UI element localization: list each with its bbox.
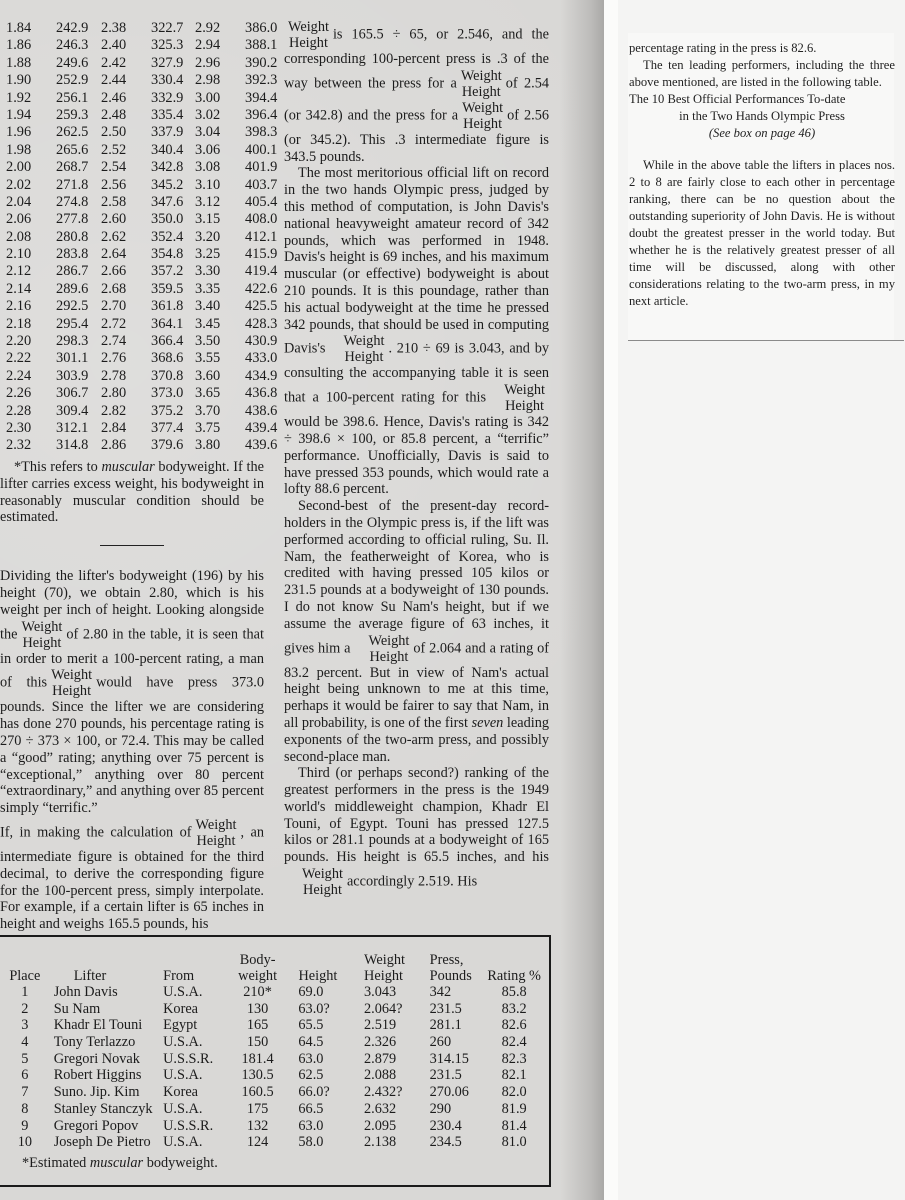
header-weight-height: WeightHeight <box>364 952 430 984</box>
weight-height-ratio: 1.84 <box>6 20 56 37</box>
weight-height-ratio: 2.92 <box>195 20 245 37</box>
cell-press: 234.5 <box>430 1134 484 1151</box>
weight-height-ratio: 3.80 <box>195 437 245 454</box>
cell-place: 4 <box>0 1034 50 1051</box>
weight-height-ratio: 2.46 <box>101 90 151 107</box>
hundred-percent-press: 434.9 <box>245 368 289 385</box>
cell-height: 66.0? <box>286 1084 364 1101</box>
weight-height-ratio: 2.96 <box>195 55 245 72</box>
hundred-percent-press: 364.1 <box>151 316 195 333</box>
hundred-percent-press: 295.4 <box>56 316 100 333</box>
cell-press: 230.4 <box>430 1118 484 1135</box>
lookup-row: 2.02271.82.56345.23.10403.7 <box>6 177 296 194</box>
lookup-row: 2.14289.62.68359.53.35422.6 <box>6 281 296 298</box>
cell-height: 58.0 <box>286 1134 364 1151</box>
cell-bodyweight: 130 <box>229 1001 287 1018</box>
cell-place: 9 <box>0 1118 50 1135</box>
weight-height-fraction: WeightHeight <box>196 817 237 849</box>
weight-height-ratio: 2.68 <box>101 281 151 298</box>
cell-bodyweight: 150 <box>229 1034 287 1051</box>
cell-bodyweight: 132 <box>229 1118 287 1135</box>
hundred-percent-press: 340.4 <box>151 142 195 159</box>
hundred-percent-press: 345.2 <box>151 177 195 194</box>
weight-height-ratio: 2.86 <box>101 437 151 454</box>
hundred-percent-press: 259.3 <box>56 107 100 124</box>
cell-height: 69.0 <box>286 984 364 1001</box>
hundred-percent-press: 359.5 <box>151 281 195 298</box>
weight-height-ratio: 2.12 <box>6 263 56 280</box>
cell-from: U.S.A. <box>163 1101 229 1118</box>
left-paragraph-1: Dividing the lifter's bodyweight (196) b… <box>0 568 264 817</box>
weight-height-ratio: 2.30 <box>6 420 56 437</box>
lookup-row: 1.86246.32.40325.32.94388.1 <box>6 37 296 54</box>
cell-height: 64.5 <box>286 1034 364 1051</box>
page-gutter <box>604 0 618 1200</box>
leaders-table-footnote: *Estimated muscular bodyweight. <box>0 1155 545 1172</box>
weight-height-fraction: WeightHeight <box>462 100 503 132</box>
weight-height-ratio: 3.25 <box>195 246 245 263</box>
left-paragraph-2: If, in making the calculation ofWeightHe… <box>0 817 264 933</box>
lookup-row: 2.26306.72.80373.03.65436.8 <box>6 385 296 402</box>
table-row: 9Gregori PopovU.S.S.R.13263.02.095230.48… <box>0 1118 545 1135</box>
cell-wh: 2.632 <box>364 1101 430 1118</box>
weight-height-ratio: 2.08 <box>6 229 56 246</box>
hundred-percent-press: 357.2 <box>151 263 195 280</box>
hundred-percent-press: 327.9 <box>151 55 195 72</box>
weight-height-ratio: 1.92 <box>6 90 56 107</box>
cell-bodyweight: 130.5 <box>229 1067 287 1084</box>
table-row: 2Su NamKorea13063.0?2.064?231.583.2 <box>0 1001 545 1018</box>
weight-height-ratio: 2.06 <box>6 211 56 228</box>
lookup-row: 2.08280.82.62352.43.20412.1 <box>6 229 296 246</box>
hundred-percent-press: 368.6 <box>151 350 195 367</box>
header-lifter: Lifter <box>50 968 163 984</box>
cell-wh: 2.326 <box>364 1034 430 1051</box>
cell-height: 62.5 <box>286 1067 364 1084</box>
weight-height-ratio: 1.94 <box>6 107 56 124</box>
cell-place: 7 <box>0 1084 50 1101</box>
weight-height-ratio: 2.04 <box>6 194 56 211</box>
cell-lifter: Suno. Jip. Kim <box>50 1084 163 1101</box>
hundred-percent-press: 375.2 <box>151 403 195 420</box>
header-height: Height <box>286 968 364 984</box>
weight-height-ratio: 2.78 <box>101 368 151 385</box>
cell-press: 290 <box>430 1101 484 1118</box>
hundred-percent-press: 350.0 <box>151 211 195 228</box>
hundred-percent-press: 286.7 <box>56 263 100 280</box>
hundred-percent-press: 314.8 <box>56 437 100 454</box>
cell-place: 1 <box>0 984 50 1001</box>
cell-rating: 81.4 <box>483 1118 545 1135</box>
weight-height-ratio: 2.56 <box>101 177 151 194</box>
cell-lifter: Joseph De Pietro <box>50 1134 163 1151</box>
hundred-percent-press: 249.6 <box>56 55 100 72</box>
weight-height-ratio: 2.16 <box>6 298 56 315</box>
weight-height-ratio: 3.50 <box>195 333 245 350</box>
cell-press: 260 <box>430 1034 484 1051</box>
cell-bodyweight: 210* <box>229 984 287 1001</box>
weight-height-ratio: 2.40 <box>101 37 151 54</box>
hundred-percent-press: 366.4 <box>151 333 195 350</box>
weight-height-ratio: 3.20 <box>195 229 245 246</box>
lookup-footnote: *This refers to muscular bodyweight. If … <box>0 459 264 526</box>
weight-height-ratio: 2.10 <box>6 246 56 263</box>
weight-height-ratio: 3.08 <box>195 159 245 176</box>
cell-place: 2 <box>0 1001 50 1018</box>
cell-rating: 81.0 <box>483 1134 545 1151</box>
hundred-percent-press: 337.9 <box>151 124 195 141</box>
hundred-percent-press: 352.4 <box>151 229 195 246</box>
weight-height-fraction: WeightHeight <box>51 667 92 699</box>
weight-height-ratio: 3.45 <box>195 316 245 333</box>
lookup-row: 2.16292.52.70361.83.40425.5 <box>6 298 296 315</box>
hundred-percent-press: 271.8 <box>56 177 100 194</box>
weight-height-fraction: WeightHeight <box>21 619 62 651</box>
cell-lifter: Robert Higgins <box>50 1067 163 1084</box>
cell-from: Korea <box>163 1084 229 1101</box>
weight-height-ratio: 2.66 <box>101 263 151 280</box>
cell-press: 270.06 <box>430 1084 484 1101</box>
weight-height-ratio: 2.72 <box>101 316 151 333</box>
table-row: 6Robert HigginsU.S.A.130.562.52.088231.5… <box>0 1067 545 1084</box>
weight-height-ratio: 2.32 <box>6 437 56 454</box>
hundred-percent-press: 439.4 <box>245 420 289 437</box>
middle-paragraph-2: The most meritorious official lift on re… <box>284 165 549 498</box>
cell-from: U.S.S.R. <box>163 1051 229 1068</box>
hundred-percent-press: 428.3 <box>245 316 289 333</box>
weight-height-fraction: WeightHeight <box>288 19 329 51</box>
lookup-row: 1.98265.62.52340.43.06400.1 <box>6 142 296 159</box>
hundred-percent-press: 354.8 <box>151 246 195 263</box>
weight-height-ratio: 2.28 <box>6 403 56 420</box>
hundred-percent-press: 277.8 <box>56 211 100 228</box>
weight-height-ratio: 2.20 <box>6 333 56 350</box>
weight-height-ratio: 2.02 <box>6 177 56 194</box>
header-rating: Rating % <box>483 968 545 984</box>
lookup-row: 2.24303.92.78370.83.60434.9 <box>6 368 296 385</box>
cell-press: 281.1 <box>430 1017 484 1034</box>
hundred-percent-press: 268.7 <box>56 159 100 176</box>
cell-lifter: Gregori Popov <box>50 1118 163 1135</box>
table-row: 5Gregori NovakU.S.S.R.181.463.02.879314.… <box>0 1051 545 1068</box>
hundred-percent-press: 412.1 <box>245 229 289 246</box>
cell-lifter: John Davis <box>50 984 163 1001</box>
table-row: 7Suno. Jip. KimKorea160.566.0?2.432?270.… <box>0 1084 545 1101</box>
weight-height-ratio: 2.64 <box>101 246 151 263</box>
weight-height-ratio: 2.74 <box>101 333 151 350</box>
cell-from: U.S.A. <box>163 984 229 1001</box>
header-from: From <box>163 968 229 984</box>
weight-height-ratio: 3.10 <box>195 177 245 194</box>
hundred-percent-press: 408.0 <box>245 211 289 228</box>
header-bodyweight: Body-weight <box>229 952 287 984</box>
hundred-percent-press: 256.1 <box>56 90 100 107</box>
hundred-percent-press: 370.8 <box>151 368 195 385</box>
section-separator <box>100 545 164 546</box>
cell-wh: 2.095 <box>364 1118 430 1135</box>
weight-height-ratio: 2.00 <box>6 159 56 176</box>
lookup-row: 1.96262.52.50337.93.04398.3 <box>6 124 296 141</box>
weight-height-ratio: 1.88 <box>6 55 56 72</box>
page-binding-shadow <box>560 0 604 1200</box>
hundred-percent-press: 403.7 <box>245 177 289 194</box>
hundred-percent-press: 386.0 <box>245 20 289 37</box>
hundred-percent-press: 306.7 <box>56 385 100 402</box>
hundred-percent-press: 312.1 <box>56 420 100 437</box>
hundred-percent-press: 415.9 <box>245 246 289 263</box>
hundred-percent-press: 377.4 <box>151 420 195 437</box>
hundred-percent-press: 246.3 <box>56 37 100 54</box>
hundred-percent-press: 335.4 <box>151 107 195 124</box>
hundred-percent-press: 309.4 <box>56 403 100 420</box>
weight-height-ratio: 3.04 <box>195 124 245 141</box>
cell-rating: 82.6 <box>483 1017 545 1034</box>
clipping-bottom-rule <box>628 340 904 341</box>
hundred-percent-press: 398.3 <box>245 124 289 141</box>
weight-height-fraction: WeightHeight <box>330 333 385 365</box>
weight-height-ratio: 2.44 <box>101 72 151 89</box>
hundred-percent-press: 283.8 <box>56 246 100 263</box>
cell-bodyweight: 181.4 <box>229 1051 287 1068</box>
table-row: 10Joseph De PietroU.S.A.12458.02.138234.… <box>0 1134 545 1151</box>
cell-press: 231.5 <box>430 1001 484 1018</box>
table-title-line-1: The 10 Best Official Performances To-dat… <box>629 91 895 108</box>
cell-place: 5 <box>0 1051 50 1068</box>
right-paragraph-3: While in the above table the lifters in … <box>629 157 895 310</box>
cell-rating: 81.9 <box>483 1101 545 1118</box>
cell-rating: 82.1 <box>483 1067 545 1084</box>
weight-height-ratio: 2.52 <box>101 142 151 159</box>
middle-paragraph-4: Third (or perhaps second?) ranking of th… <box>284 765 549 898</box>
hundred-percent-press: 396.4 <box>245 107 289 124</box>
cell-from: Korea <box>163 1001 229 1018</box>
weight-height-ratio: 2.42 <box>101 55 151 72</box>
weight-height-ratio: 3.70 <box>195 403 245 420</box>
weight-height-ratio: 3.06 <box>195 142 245 159</box>
lookup-row: 2.28309.42.82375.23.70438.6 <box>6 403 296 420</box>
table-reference: (See box on page 46) <box>629 125 895 142</box>
header-place: Place <box>0 968 50 984</box>
left-column-text: *This refers to muscular bodyweight. If … <box>0 459 264 933</box>
hundred-percent-press: 430.9 <box>245 333 289 350</box>
cell-from: U.S.A. <box>163 1034 229 1051</box>
hundred-percent-press: 394.4 <box>245 90 289 107</box>
weight-height-ratio: 2.48 <box>101 107 151 124</box>
hundred-percent-press: 330.4 <box>151 72 195 89</box>
hundred-percent-press: 301.1 <box>56 350 100 367</box>
hundred-percent-press: 303.9 <box>56 368 100 385</box>
right-paragraph-2: The ten leading performers, including th… <box>629 57 895 91</box>
weight-height-fraction: WeightHeight <box>288 866 343 898</box>
weight-height-ratio: 3.75 <box>195 420 245 437</box>
table-row: 4Tony TerlazzoU.S.A.15064.52.32626082.4 <box>0 1034 545 1051</box>
cell-bodyweight: 175 <box>229 1101 287 1118</box>
hundred-percent-press: 438.6 <box>245 403 289 420</box>
cell-wh: 2.088 <box>364 1067 430 1084</box>
hundred-percent-press: 419.4 <box>245 263 289 280</box>
weight-height-fraction: WeightHeight <box>490 382 545 414</box>
hundred-percent-press: 274.8 <box>56 194 100 211</box>
cell-lifter: Tony Terlazzo <box>50 1034 163 1051</box>
cell-from: U.S.A. <box>163 1134 229 1151</box>
weight-height-ratio: 2.80 <box>101 385 151 402</box>
hundred-percent-press: 436.8 <box>245 385 289 402</box>
weight-height-ratio: 2.84 <box>101 420 151 437</box>
middle-column-text: WeightHeightis 165.5 ÷ 65, or 2.546, and… <box>284 19 549 898</box>
right-paragraph-1: percentage rating in the press is 82.6. <box>629 40 895 57</box>
cell-wh: 2.138 <box>364 1134 430 1151</box>
hundred-percent-press: 401.9 <box>245 159 289 176</box>
cell-rating: 82.0 <box>483 1084 545 1101</box>
cell-lifter: Su Nam <box>50 1001 163 1018</box>
cell-place: 3 <box>0 1017 50 1034</box>
hundred-percent-press: 439.6 <box>245 437 289 454</box>
weight-height-fraction: WeightHeight <box>461 68 502 100</box>
hundred-percent-press: 390.2 <box>245 55 289 72</box>
weight-height-ratio: 3.30 <box>195 263 245 280</box>
table-row: 1John DavisU.S.A.210*69.03.04334285.8 <box>0 984 545 1001</box>
press-lookup-table: 1.84242.92.38322.72.92386.01.86246.32.40… <box>6 20 296 455</box>
weight-height-ratio: 2.60 <box>101 211 151 228</box>
cell-height: 65.5 <box>286 1017 364 1034</box>
hundred-percent-press: 298.3 <box>56 333 100 350</box>
weight-height-ratio: 2.70 <box>101 298 151 315</box>
weight-height-ratio: 3.12 <box>195 194 245 211</box>
cell-place: 10 <box>0 1134 50 1151</box>
cell-bodyweight: 160.5 <box>229 1084 287 1101</box>
cell-wh: 2.519 <box>364 1017 430 1034</box>
lookup-row: 2.04274.82.58347.63.12405.4 <box>6 194 296 211</box>
weight-height-ratio: 3.40 <box>195 298 245 315</box>
cell-height: 63.0 <box>286 1051 364 1068</box>
weight-height-ratio: 2.26 <box>6 385 56 402</box>
weight-height-ratio: 2.98 <box>195 72 245 89</box>
right-column-text: percentage rating in the press is 82.6. … <box>629 40 895 310</box>
cell-rating: 82.3 <box>483 1051 545 1068</box>
hundred-percent-press: 242.9 <box>56 20 100 37</box>
weight-height-ratio: 2.54 <box>101 159 151 176</box>
weight-height-ratio: 2.62 <box>101 229 151 246</box>
cell-rating: 85.8 <box>483 984 545 1001</box>
header-press: Press,Pounds <box>430 952 484 984</box>
cell-height: 66.5 <box>286 1101 364 1118</box>
weight-height-ratio: 2.94 <box>195 37 245 54</box>
weight-height-ratio: 2.82 <box>101 403 151 420</box>
leaders-table-body: 1John DavisU.S.A.210*69.03.04334285.82Su… <box>0 984 545 1151</box>
table-row: 8Stanley StanczykU.S.A.17566.52.63229081… <box>0 1101 545 1118</box>
cell-rating: 82.4 <box>483 1034 545 1051</box>
cell-lifter: Khadr El Touni <box>50 1017 163 1034</box>
weight-height-ratio: 1.98 <box>6 142 56 159</box>
cell-from: U.S.A. <box>163 1067 229 1084</box>
table-row: 3Khadr El TouniEgypt16565.52.519281.182.… <box>0 1017 545 1034</box>
weight-height-ratio: 3.00 <box>195 90 245 107</box>
cell-height: 63.0 <box>286 1118 364 1135</box>
cell-press: 342 <box>430 984 484 1001</box>
leaders-table: Place Lifter From Body-weight Height Wei… <box>0 950 545 1172</box>
cell-lifter: Stanley Stanczyk <box>50 1101 163 1118</box>
lookup-row: 2.32314.82.86379.63.80439.6 <box>6 437 296 454</box>
hundred-percent-press: 388.1 <box>245 37 289 54</box>
weight-height-ratio: 1.90 <box>6 72 56 89</box>
weight-height-ratio: 3.15 <box>195 211 245 228</box>
hundred-percent-press: 405.4 <box>245 194 289 211</box>
hundred-percent-press: 373.0 <box>151 385 195 402</box>
cell-press: 314.15 <box>430 1051 484 1068</box>
lookup-row: 1.94259.32.48335.43.02396.4 <box>6 107 296 124</box>
weight-height-ratio: 2.76 <box>101 350 151 367</box>
hundred-percent-press: 280.8 <box>56 229 100 246</box>
cell-height: 63.0? <box>286 1001 364 1018</box>
lookup-row: 2.18295.42.72364.13.45428.3 <box>6 316 296 333</box>
weight-height-fraction: WeightHeight <box>354 633 409 665</box>
weight-height-ratio: 3.35 <box>195 281 245 298</box>
weight-height-ratio: 3.02 <box>195 107 245 124</box>
hundred-percent-press: 332.9 <box>151 90 195 107</box>
hundred-percent-press: 262.5 <box>56 124 100 141</box>
hundred-percent-press: 265.6 <box>56 142 100 159</box>
weight-height-ratio: 2.18 <box>6 316 56 333</box>
hundred-percent-press: 400.1 <box>245 142 289 159</box>
cell-from: Egypt <box>163 1017 229 1034</box>
lookup-row: 2.12286.72.66357.23.30419.4 <box>6 263 296 280</box>
lookup-row: 1.90252.92.44330.42.98392.3 <box>6 72 296 89</box>
hundred-percent-press: 292.5 <box>56 298 100 315</box>
cell-bodyweight: 165 <box>229 1017 287 1034</box>
hundred-percent-press: 379.6 <box>151 437 195 454</box>
lookup-row: 2.00268.72.54342.83.08401.9 <box>6 159 296 176</box>
middle-paragraph-3: Second-best of the present-day record-ho… <box>284 498 549 765</box>
lookup-row: 2.20298.32.74366.43.50430.9 <box>6 333 296 350</box>
hundred-percent-press: 347.6 <box>151 194 195 211</box>
cell-place: 6 <box>0 1067 50 1084</box>
weight-height-ratio: 1.96 <box>6 124 56 141</box>
weight-height-ratio: 3.65 <box>195 385 245 402</box>
lookup-row: 2.06277.82.60350.03.15408.0 <box>6 211 296 228</box>
hundred-percent-press: 425.5 <box>245 298 289 315</box>
weight-height-ratio: 3.55 <box>195 350 245 367</box>
hundred-percent-press: 325.3 <box>151 37 195 54</box>
table-title-line-2: in the Two Hands Olympic Press <box>629 108 895 125</box>
cell-wh: 3.043 <box>364 984 430 1001</box>
cell-from: U.S.S.R. <box>163 1118 229 1135</box>
cell-lifter: Gregori Novak <box>50 1051 163 1068</box>
weight-height-ratio: 2.24 <box>6 368 56 385</box>
weight-height-ratio: 2.14 <box>6 281 56 298</box>
hundred-percent-press: 433.0 <box>245 350 289 367</box>
hundred-percent-press: 361.8 <box>151 298 195 315</box>
weight-height-ratio: 2.22 <box>6 350 56 367</box>
lookup-row: 1.88249.62.42327.92.96390.2 <box>6 55 296 72</box>
cell-press: 231.5 <box>430 1067 484 1084</box>
hundred-percent-press: 322.7 <box>151 20 195 37</box>
weight-height-ratio: 2.58 <box>101 194 151 211</box>
cell-wh: 2.879 <box>364 1051 430 1068</box>
weight-height-ratio: 1.86 <box>6 37 56 54</box>
weight-height-ratio: 3.60 <box>195 368 245 385</box>
hundred-percent-press: 392.3 <box>245 72 289 89</box>
cell-wh: 2.064? <box>364 1001 430 1018</box>
hundred-percent-press: 342.8 <box>151 159 195 176</box>
cell-wh: 2.432? <box>364 1084 430 1101</box>
hundred-percent-press: 422.6 <box>245 281 289 298</box>
cell-place: 8 <box>0 1101 50 1118</box>
hundred-percent-press: 252.9 <box>56 72 100 89</box>
leaders-table-header: Place Lifter From Body-weight Height Wei… <box>0 950 545 984</box>
middle-paragraph-1: WeightHeightis 165.5 ÷ 65, or 2.546, and… <box>284 19 549 165</box>
weight-height-ratio: 2.50 <box>101 124 151 141</box>
lookup-row: 1.92256.12.46332.93.00394.4 <box>6 90 296 107</box>
